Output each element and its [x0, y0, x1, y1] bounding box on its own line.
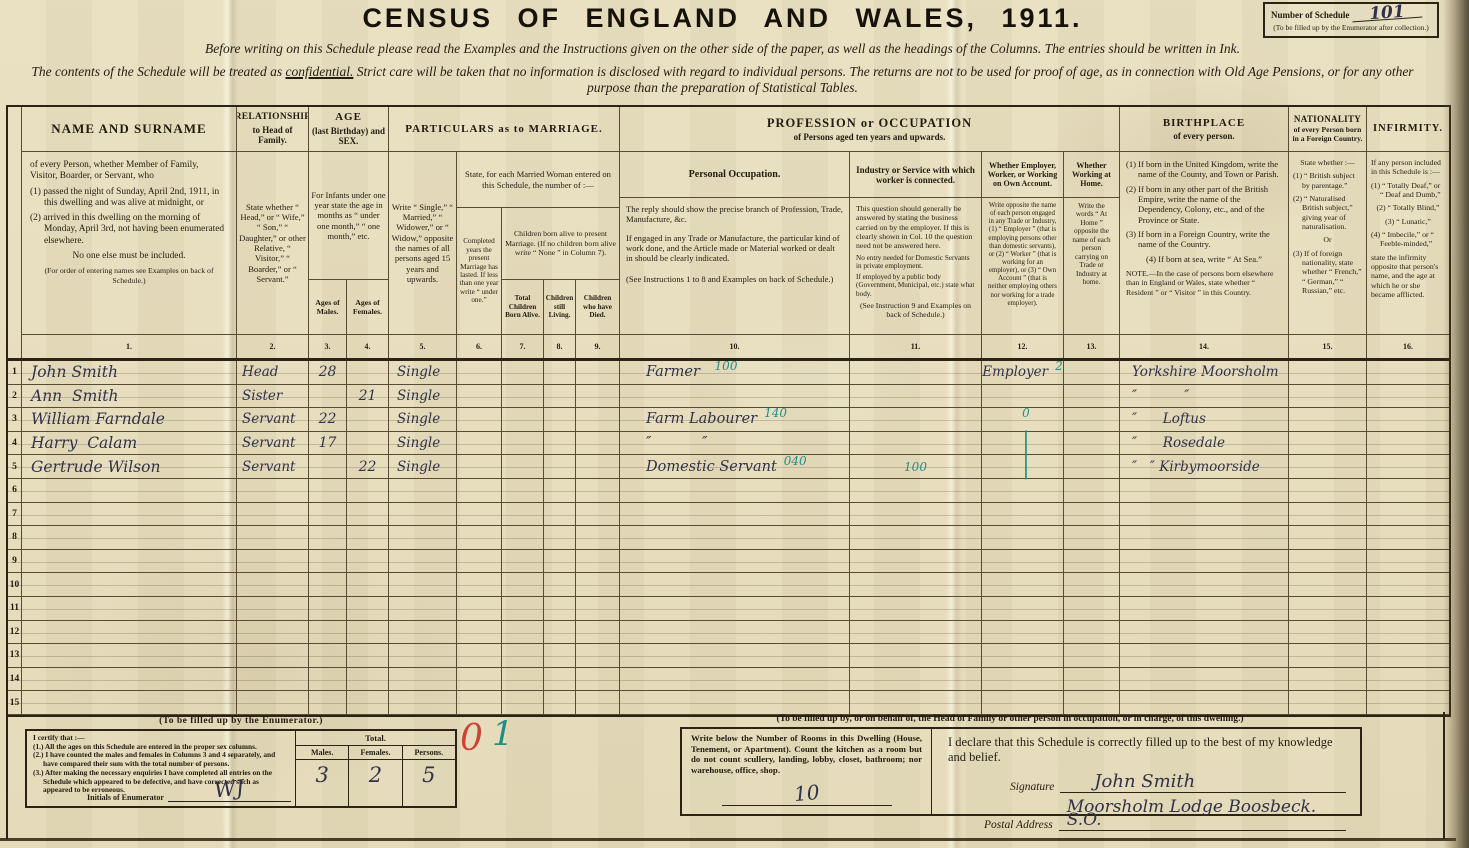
- cell-birthplace: Yorkshire Moorsholm: [1120, 361, 1289, 385]
- cell-name: [22, 550, 237, 574]
- industry-desc: (See Instruction 9 and Examples on back …: [856, 301, 975, 320]
- name-value: Harry Calam: [31, 434, 137, 452]
- scan-edge-shadow: [1443, 0, 1469, 848]
- column-number: 7.: [502, 335, 544, 358]
- name-value: Ann Smith: [31, 387, 119, 405]
- cell-age-male: [309, 503, 347, 527]
- cell-marriage-years: [457, 526, 502, 550]
- age-female-value: 22: [359, 459, 377, 475]
- cell-children-total: [502, 597, 544, 621]
- cell-children-living: [544, 408, 576, 432]
- cell-birthplace: [1120, 550, 1289, 574]
- nationality-desc: State whether :—: [1300, 158, 1355, 167]
- col-header-children-living: Children still Living.: [544, 280, 576, 335]
- cell-industry: [850, 432, 982, 456]
- cell-children-living: [544, 621, 576, 645]
- cell-marriage-years: [457, 432, 502, 456]
- cell-employer: │: [982, 455, 1064, 479]
- cell-birthplace: [1120, 644, 1289, 668]
- postal-address-line: Moorsholm Lodge Boosbeck. S.O.: [1059, 801, 1346, 831]
- cell-marriage-years: [457, 361, 502, 385]
- column-number: 3.: [309, 335, 347, 358]
- cell-industry: [850, 361, 982, 385]
- row-number-value: 10: [10, 580, 20, 590]
- cell-occupation: [620, 479, 850, 503]
- relationship-subtitle: to Head of Family.: [239, 125, 306, 146]
- children-born-desc: Children born alive to present Marriage.…: [504, 229, 617, 257]
- form-bottom-border: [0, 838, 1456, 841]
- cell-marital: Single: [389, 361, 457, 385]
- cell-marital: Single: [389, 432, 457, 456]
- birthplace-desc: (3) If born in a Foreign Country, write …: [1126, 229, 1282, 250]
- cell-age-female: [347, 644, 389, 668]
- row-number-value: 1: [12, 367, 17, 377]
- column-number: 13.: [1064, 335, 1120, 358]
- cell-marital: [389, 550, 457, 574]
- cell-employer: [982, 550, 1064, 574]
- infirmity-desc: (4) “ Imbecile,” or “ Feeble-minded,”: [1371, 230, 1445, 249]
- cell-children-living: [544, 644, 576, 668]
- col-header-children-total: Total Children Born Alive.: [502, 280, 544, 335]
- children-total-label: Total Children Born Alive.: [504, 294, 541, 319]
- cell-age-male: [309, 479, 347, 503]
- col-header-ages-females: Ages of Females.: [347, 280, 389, 335]
- instruction-2-confidential: confidential.: [286, 64, 354, 79]
- cell-nationality: [1289, 644, 1367, 668]
- schedule-number-note: (To be filled up by the Enumerator after…: [1271, 23, 1431, 32]
- occupation-value: Domestic Servant: [646, 459, 777, 475]
- cell-industry: [850, 644, 982, 668]
- cell-children-total: [502, 573, 544, 597]
- cell-children-living: [544, 432, 576, 456]
- employer-code: 2: [1055, 359, 1063, 373]
- ages-males-label: Ages of Males.: [311, 298, 344, 316]
- cell-marital: [389, 621, 457, 645]
- relationship-value: Head: [242, 364, 278, 380]
- enumerator-heading: (To be filled up by the Enumerator.): [25, 716, 457, 726]
- relationship-desc: State whether “ Head,” or “ Wife,” “ Son…: [239, 202, 306, 285]
- row-number-value: 6: [12, 485, 17, 495]
- col-desc-infirmity: If any person included in this Schedule …: [1367, 152, 1449, 335]
- page-title: CENSUS OF ENGLAND AND WALES, 1911.: [0, 3, 1445, 34]
- cell-working-at-home: [1064, 385, 1120, 409]
- employer-code: 0: [1022, 406, 1030, 420]
- married-woman-desc: State, for each Married Woman entered on…: [459, 169, 617, 190]
- row-number: 2: [8, 385, 22, 409]
- birthplace-value: ″ ″ Kirbymoorside: [1132, 459, 1260, 475]
- cell-age-male: 28: [309, 361, 347, 385]
- birthplace-title: BIRTHPLACE: [1163, 117, 1245, 130]
- cell-industry: [850, 408, 982, 432]
- marital-value: Single: [397, 364, 440, 380]
- cell-relationship: [237, 550, 309, 574]
- cell-children-died: [576, 503, 620, 527]
- column-number: 6.: [457, 335, 502, 358]
- cell-name: [22, 668, 237, 692]
- cell-marriage-years: [457, 503, 502, 527]
- cell-employer: [982, 691, 1064, 715]
- cell-relationship: [237, 691, 309, 715]
- cell-age-female: [347, 550, 389, 574]
- row-number-value: 9: [12, 556, 17, 566]
- cell-age-female: 22: [347, 455, 389, 479]
- cell-infirmity: [1367, 668, 1449, 692]
- cell-nationality: [1289, 432, 1367, 456]
- row-number-value: 15: [10, 698, 20, 708]
- marital-value: Single: [397, 435, 440, 451]
- marital-value: Single: [397, 459, 440, 475]
- cell-marital: Single: [389, 408, 457, 432]
- row-number: 9: [8, 550, 22, 574]
- cell-infirmity: [1367, 526, 1449, 550]
- cell-children-died: [576, 691, 620, 715]
- cell-occupation: ″ ″: [620, 432, 850, 456]
- cell-working-at-home: [1064, 621, 1120, 645]
- cell-age-female: [347, 503, 389, 527]
- age-male-value: 22: [319, 411, 337, 427]
- cell-relationship: [237, 621, 309, 645]
- birthplace-value: Yorkshire Moorsholm: [1132, 364, 1279, 380]
- col-header-marriage: PARTICULARS as to MARRIAGE.: [389, 107, 620, 152]
- cell-employer: [982, 644, 1064, 668]
- cell-name: [22, 621, 237, 645]
- col-desc-relationship: State whether “ Head,” or “ Wife,” “ Son…: [237, 152, 309, 335]
- cell-infirmity: [1367, 361, 1449, 385]
- declaration-box: Write below the Number of Rooms in this …: [680, 727, 1362, 816]
- row-number: 14: [8, 668, 22, 692]
- employer-worker-label: Whether Employer, Worker, or Working on …: [982, 152, 1063, 198]
- cell-relationship: [237, 644, 309, 668]
- cell-occupation: [620, 526, 850, 550]
- cell-children-living: [544, 550, 576, 574]
- column-number: 2.: [237, 335, 309, 358]
- totals-males-value: 3: [296, 760, 349, 806]
- age-male-value: 28: [319, 364, 337, 380]
- cell-name: [22, 691, 237, 715]
- cell-nationality: [1289, 408, 1367, 432]
- cell-occupation: [620, 644, 850, 668]
- name-desc: (1) passed the night of Sunday, April 2n…: [30, 187, 228, 210]
- row-number-value: 2: [12, 391, 17, 401]
- cell-name: [22, 503, 237, 527]
- cell-marital: Single: [389, 385, 457, 409]
- cell-occupation: [620, 550, 850, 574]
- cell-children-died: [576, 621, 620, 645]
- cell-name: [22, 597, 237, 621]
- cell-nationality: [1289, 385, 1367, 409]
- cell-marriage-years: [457, 668, 502, 692]
- birthplace-value: ″ Loftus: [1132, 411, 1206, 427]
- birthplace-desc: (2) If born in any other part of the Bri…: [1126, 184, 1282, 225]
- cell-name: Harry Calam: [22, 432, 237, 456]
- row-number: 10: [8, 573, 22, 597]
- cell-children-died: [576, 597, 620, 621]
- cell-marriage-years: [457, 644, 502, 668]
- cell-employer: [982, 503, 1064, 527]
- cell-age-female: [347, 526, 389, 550]
- cell-age-female: [347, 361, 389, 385]
- name-desc: No one else must be included.: [73, 251, 186, 262]
- cell-relationship: Servant: [237, 432, 309, 456]
- cell-industry: [850, 573, 982, 597]
- row-number-value: 7: [12, 509, 17, 519]
- col-desc-age: For Infants under one year state the age…: [309, 152, 389, 280]
- infirmity-desc: If any person included in this Schedule …: [1371, 158, 1445, 177]
- cell-relationship: Sister: [237, 385, 309, 409]
- cell-children-total: [502, 621, 544, 645]
- column-number: 10.: [620, 335, 850, 358]
- cell-employer: │: [982, 432, 1064, 456]
- cell-nationality: [1289, 455, 1367, 479]
- cell-children-total: [502, 408, 544, 432]
- cell-age-male: [309, 455, 347, 479]
- cell-working-at-home: [1064, 503, 1120, 527]
- col-desc-nationality: State whether :— (1) “ British subject b…: [1289, 152, 1367, 335]
- ages-females-label: Ages of Females.: [349, 298, 386, 316]
- rooms-value: 10: [793, 784, 820, 802]
- rooms-section: Write below the Number of Rooms in this …: [682, 729, 932, 814]
- cell-relationship: Servant: [237, 408, 309, 432]
- cell-marital: Single: [389, 455, 457, 479]
- col-header-relationship: RELATIONSHIP to Head of Family.: [237, 107, 309, 152]
- cell-children-died: [576, 455, 620, 479]
- cell-relationship: [237, 503, 309, 527]
- cell-occupation: Domestic Servant040: [620, 455, 850, 479]
- cell-age-male: [309, 526, 347, 550]
- cell-occupation: [620, 668, 850, 692]
- cell-children-living: [544, 385, 576, 409]
- column-number: 12.: [982, 335, 1064, 358]
- col-desc-children-born: Children born alive to present Marriage.…: [502, 208, 620, 280]
- column-number: 14.: [1120, 335, 1289, 358]
- cell-name: [22, 479, 237, 503]
- cell-children-total: [502, 526, 544, 550]
- col-header-age: AGE (last Birthday) and SEX.: [309, 107, 389, 152]
- totals-table: Total. Males. Females. Persons. 3 2 5: [295, 731, 455, 806]
- column-number: 1.: [22, 335, 237, 358]
- cell-employer: [982, 385, 1064, 409]
- declaration-text: I declare that this Schedule is correctl…: [948, 735, 1346, 765]
- totals-labels: Males. Females. Persons.: [296, 746, 455, 760]
- column-number: 9.: [576, 335, 620, 358]
- certify-item: (2.) I have counted the males and female…: [33, 751, 290, 768]
- signature-line: John Smith: [1060, 774, 1346, 793]
- cell-industry: [850, 526, 982, 550]
- annotation-green: 1: [492, 714, 514, 754]
- initials-label: Initials of Enumerator: [87, 793, 164, 802]
- children-living-label: Children still Living.: [546, 294, 573, 319]
- cell-children-died: [576, 432, 620, 456]
- declaration-section: I declare that this Schedule is correctl…: [932, 729, 1360, 814]
- totals-title: Total.: [296, 731, 455, 746]
- instruction-2-post: Strict care will be taken that no inform…: [353, 64, 1413, 95]
- form-left-border: [6, 712, 8, 839]
- row-number-value: 5: [12, 462, 17, 472]
- cell-age-male: 17: [309, 432, 347, 456]
- row-number-value: 12: [10, 627, 20, 637]
- cell-employer: [982, 479, 1064, 503]
- cell-children-living: [544, 573, 576, 597]
- cell-birthplace: ″ Loftus: [1120, 408, 1289, 432]
- occupation-code: 140: [764, 406, 787, 420]
- employer-value: Employer: [982, 364, 1048, 380]
- cell-working-at-home: [1064, 550, 1120, 574]
- cell-nationality: [1289, 597, 1367, 621]
- birthplace-value: ″ Rosedale: [1132, 435, 1225, 451]
- schedule-number-row: Number of Schedule 101: [1271, 7, 1431, 20]
- column-number: 5.: [389, 335, 457, 358]
- marital-condition-desc: Write “ Single,” “ Married,” “ Widower,”…: [391, 202, 454, 285]
- column-number: 11.: [850, 335, 982, 358]
- marital-value: Single: [397, 388, 440, 404]
- totals-values: 3 2 5: [296, 760, 455, 806]
- col-header-nationality: NATIONALITY of every Person born in a Fo…: [1289, 107, 1367, 152]
- cell-industry: 100: [850, 455, 982, 479]
- industry-desc: This question should generally be answer…: [856, 204, 975, 251]
- col-desc-marital-condition: Write “ Single,” “ Married,” “ Widower,”…: [389, 152, 457, 335]
- signature-value: John Smith: [1094, 775, 1195, 788]
- cell-relationship: Servant: [237, 455, 309, 479]
- instruction-line-2: The contents of the Schedule will be tre…: [0, 64, 1445, 96]
- cell-age-female: [347, 432, 389, 456]
- cell-age-male: [309, 550, 347, 574]
- postal-address-label: Postal Address: [984, 819, 1053, 831]
- masthead: CENSUS OF ENGLAND AND WALES, 1911. Befor…: [0, 0, 1445, 96]
- age-female-value: 21: [359, 388, 377, 404]
- cell-occupation: Farmer 100: [620, 361, 850, 385]
- cell-occupation: [620, 503, 850, 527]
- industry-desc: If employed by a public body (Government…: [856, 273, 975, 298]
- col-header-infirmity: INFIRMITY.: [1367, 107, 1449, 152]
- cell-relationship: [237, 668, 309, 692]
- infirmity-desc: (3) “ Lunatic,”: [1385, 217, 1431, 226]
- column-number: 15.: [1289, 335, 1367, 358]
- cell-occupation: [620, 573, 850, 597]
- name-value: Gertrude Wilson: [31, 458, 160, 476]
- cell-relationship: [237, 597, 309, 621]
- occupation-desc: If engaged in any Trade or Manufacture, …: [626, 233, 843, 264]
- cell-employer: [982, 573, 1064, 597]
- cell-birthplace: ″ Rosedale: [1120, 432, 1289, 456]
- cell-relationship: [237, 479, 309, 503]
- cell-children-total: [502, 385, 544, 409]
- cell-children-died: [576, 573, 620, 597]
- initials-line: WJ: [168, 783, 291, 802]
- cell-marriage-years: [457, 455, 502, 479]
- birthplace-note: NOTE.—In the case of persons born elsewh…: [1126, 269, 1282, 297]
- working-at-home-label: Whether Working at Home.: [1064, 152, 1119, 198]
- cell-children-died: [576, 550, 620, 574]
- cell-nationality: [1289, 621, 1367, 645]
- cell-working-at-home: [1064, 408, 1120, 432]
- occupation-value: Farmer: [646, 364, 700, 380]
- nationality-subtitle: of every Person born in a Foreign Countr…: [1291, 126, 1364, 143]
- table-body: 1 John Smith Head 28 Single Farmer 100 E…: [8, 361, 1449, 715]
- row-number: 12: [8, 621, 22, 645]
- census-table: NAME AND SURNAME of every Person, whethe…: [6, 105, 1451, 717]
- postal-address-value: Moorsholm Lodge Boosbeck. S.O.: [1067, 801, 1346, 827]
- column-number: 4.: [347, 335, 389, 358]
- cell-nationality: [1289, 361, 1367, 385]
- col-header-profession: PROFESSION or OCCUPATION of Persons aged…: [620, 107, 1120, 152]
- row-number: 1: [8, 361, 22, 385]
- cell-infirmity: [1367, 503, 1449, 527]
- cell-nationality: [1289, 668, 1367, 692]
- cell-birthplace: [1120, 668, 1289, 692]
- birthplace-desc: (1) If born in the United Kingdom, write…: [1126, 159, 1282, 180]
- cell-occupation: [620, 597, 850, 621]
- cell-employer: Employer2: [982, 361, 1064, 385]
- cell-occupation: [620, 621, 850, 645]
- row-number: 13: [8, 644, 22, 668]
- row-number-value: 4: [12, 438, 17, 448]
- cell-children-total: [502, 479, 544, 503]
- cell-marriage-years: [457, 385, 502, 409]
- name-desc: (For order of entering names see Example…: [30, 266, 228, 285]
- cell-working-at-home: [1064, 597, 1120, 621]
- age-subtitle: (last Birthday) and SEX.: [311, 126, 386, 147]
- totals-males-label: Males.: [296, 746, 349, 759]
- col-header-birthplace: BIRTHPLACE of every person.: [1120, 107, 1289, 152]
- cell-nationality: [1289, 550, 1367, 574]
- cell-relationship: [237, 573, 309, 597]
- cell-infirmity: [1367, 408, 1449, 432]
- cell-birthplace: ″ ″: [1120, 385, 1289, 409]
- row-number-value: 11: [10, 603, 19, 613]
- cell-marital: [389, 691, 457, 715]
- cell-children-living: [544, 691, 576, 715]
- cell-employer: [982, 526, 1064, 550]
- certification: I certify that :— (1.) All the ages on t…: [27, 731, 295, 806]
- enumerator-box: I certify that :— (1.) All the ages on t…: [25, 729, 457, 808]
- cell-children-died: [576, 361, 620, 385]
- cell-working-at-home: [1064, 668, 1120, 692]
- cell-infirmity: [1367, 550, 1449, 574]
- relationship-value: Servant: [242, 459, 296, 475]
- profession-title: PROFESSION or OCCUPATION: [767, 116, 972, 130]
- cell-age-male: [309, 621, 347, 645]
- cell-age-male: [309, 385, 347, 409]
- name-desc: of every Person, whether Member of Famil…: [30, 160, 228, 183]
- cell-birthplace: [1120, 691, 1289, 715]
- row-number: 4: [8, 432, 22, 456]
- cell-relationship: Head: [237, 361, 309, 385]
- initials-value: WJ: [214, 782, 245, 795]
- cell-nationality: [1289, 479, 1367, 503]
- cell-age-female: 21: [347, 385, 389, 409]
- cell-employer: [982, 621, 1064, 645]
- profession-subtitle: of Persons aged ten years and upwards.: [794, 132, 946, 142]
- cell-working-at-home: [1064, 691, 1120, 715]
- cell-age-male: [309, 644, 347, 668]
- rooms-line: 10: [722, 785, 892, 806]
- industry-desc: No entry needed for Domestic Servants in…: [856, 254, 975, 271]
- cell-age-female: [347, 479, 389, 503]
- birthplace-subtitle: of every person.: [1173, 131, 1234, 141]
- cell-children-living: [544, 479, 576, 503]
- cell-industry: [850, 668, 982, 692]
- schedule-number-label: Number of Schedule: [1271, 10, 1349, 20]
- cell-working-at-home: [1064, 361, 1120, 385]
- column-number: 8.: [544, 335, 576, 358]
- cell-infirmity: [1367, 691, 1449, 715]
- cell-children-living: [544, 668, 576, 692]
- nationality-desc: (3) If of foreign nationality, state whe…: [1293, 249, 1362, 296]
- totals-persons-label: Persons.: [403, 746, 455, 759]
- cell-marital: [389, 644, 457, 668]
- cell-industry: [850, 385, 982, 409]
- initials-row: Initials of Enumerator WJ: [87, 783, 291, 802]
